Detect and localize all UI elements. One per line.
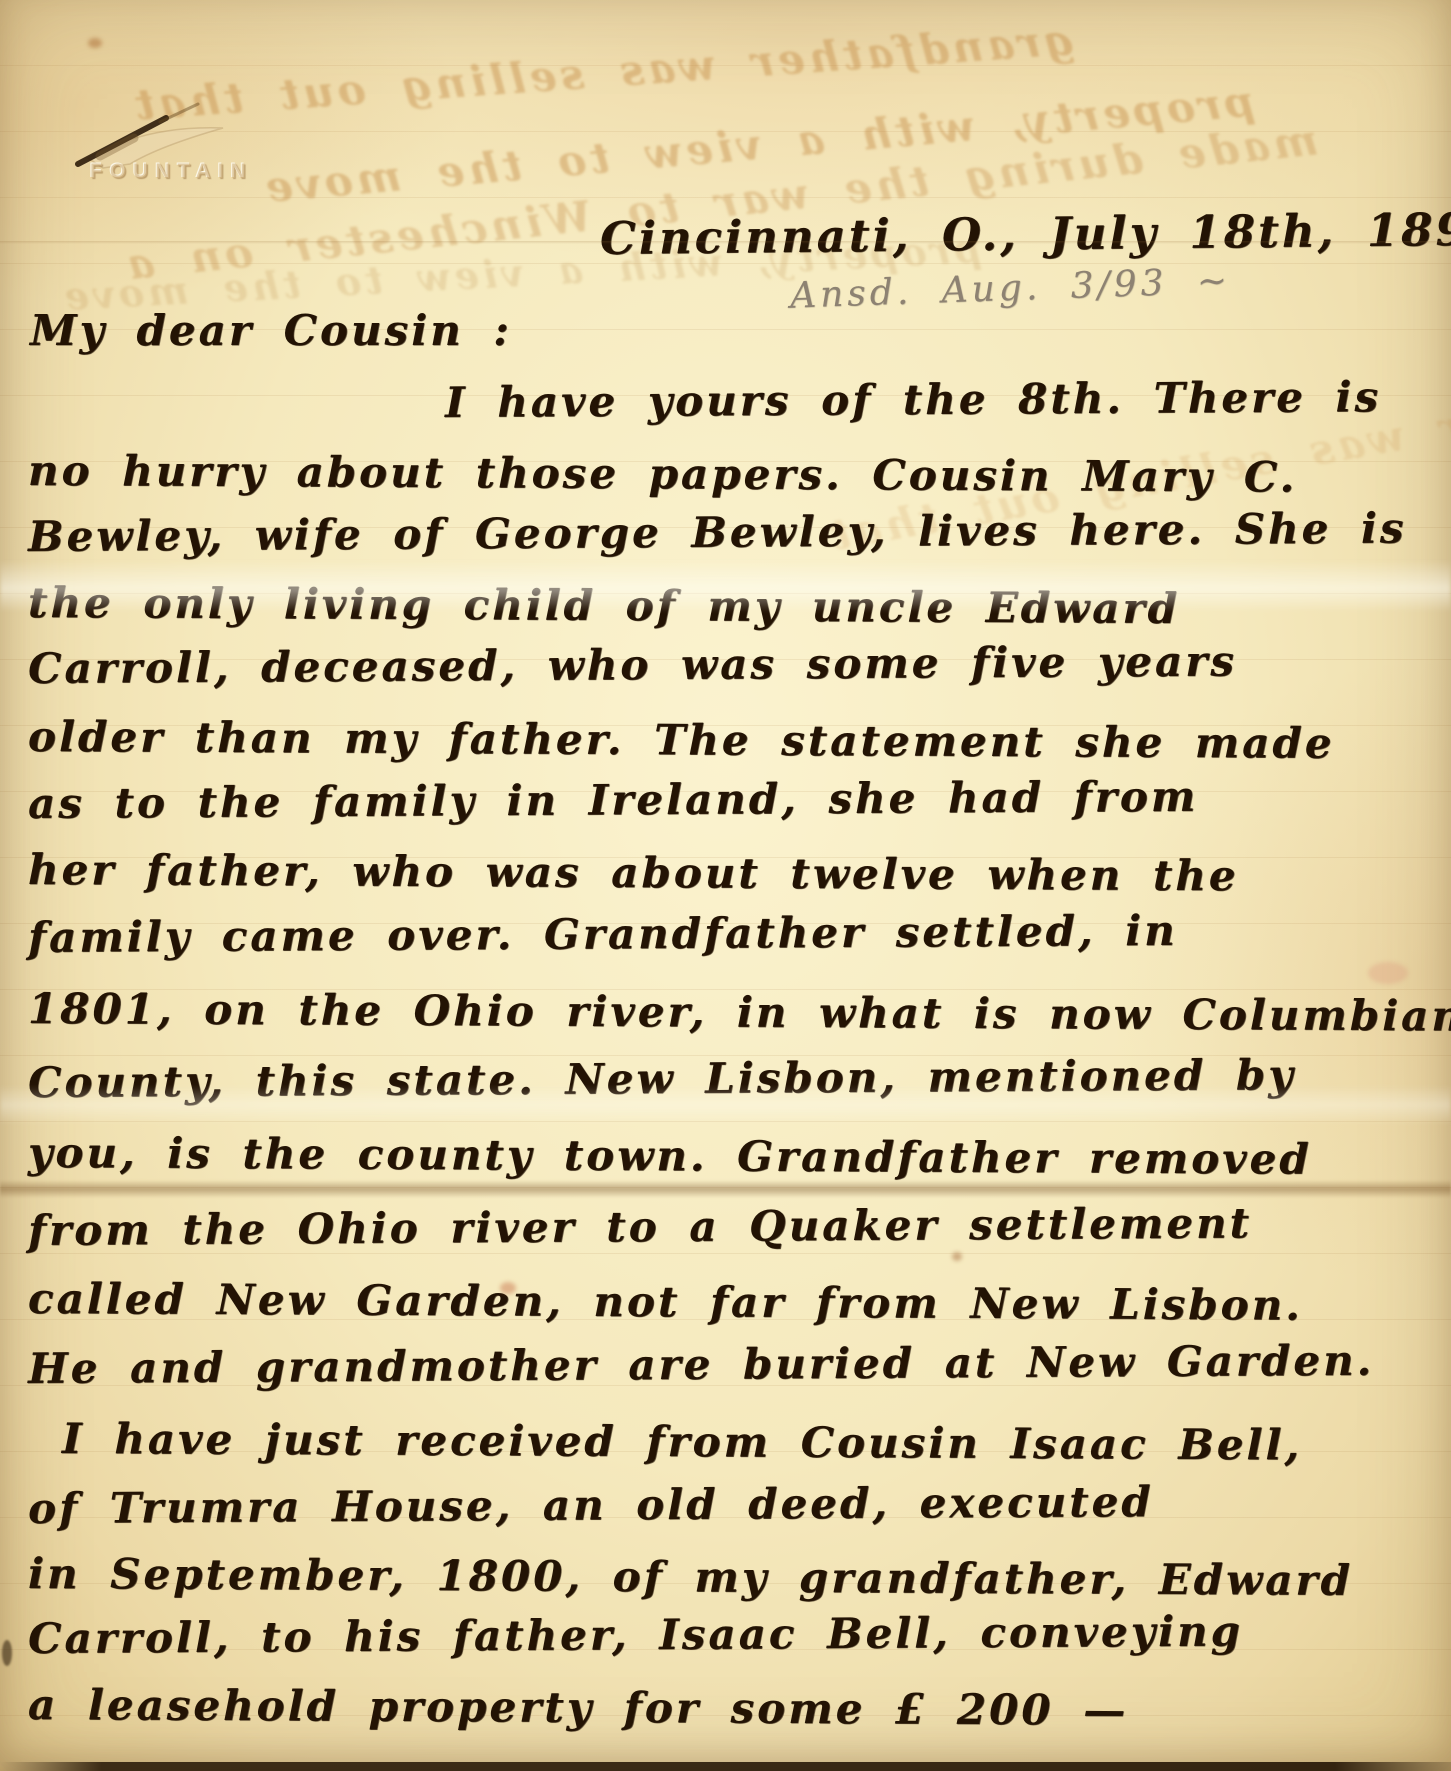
foxing-spot <box>88 38 102 48</box>
dateline: Cincinnati, O., July 18th, 1893. <box>600 202 1451 265</box>
handwritten-line: called New Garden, not far from New Lisb… <box>28 1278 1303 1327</box>
foxing-spot <box>952 1252 962 1261</box>
scan-edge-mark <box>2 1640 12 1666</box>
handwritten-line: family came over. Grandfather settled, i… <box>28 910 1178 959</box>
handwritten-line: her father, who was about twelve when th… <box>28 849 1239 897</box>
handwritten-line: in September, 1800, of my grandfather, E… <box>28 1553 1353 1602</box>
handwritten-line: I have just received from Cousin Isaac B… <box>62 1418 1302 1466</box>
paper-glare-band <box>0 1085 1451 1125</box>
handwritten-line: Carroll, to his father, Isaac Bell, conv… <box>28 1611 1243 1660</box>
foxing-spot <box>1368 962 1408 984</box>
handwritten-line: you, is the county town. Grandfather rem… <box>28 1132 1312 1181</box>
handwritten-line: He and grandmother are buried at New Gar… <box>28 1340 1374 1390</box>
fountain-embossed-stamp: FOUNTAIN <box>48 92 288 202</box>
handwritten-line: I have yours of the 8th. There is <box>445 376 1381 424</box>
foxing-spot <box>500 1282 516 1294</box>
pen-in-hand-icon <box>48 92 288 202</box>
handwritten-line: from the Ohio river to a Quaker settleme… <box>28 1203 1252 1252</box>
stamp-brand-text: FOUNTAIN <box>90 160 253 184</box>
fold-crease-faint <box>0 241 1451 244</box>
paper-glare-band <box>0 560 1451 612</box>
handwritten-line: Carroll, deceased, who was some five yea… <box>28 641 1237 690</box>
handwritten-line: a leasehold property for some £ 200 — <box>28 1684 1128 1732</box>
handwritten-line: Bewley, wife of George Bewley, lives her… <box>28 508 1407 558</box>
handwritten-line: of Trumra House, an old deed, executed <box>28 1481 1154 1530</box>
letter-page: grandfather was selling out that propert… <box>0 0 1451 1771</box>
salutation: My dear Cousin : <box>30 306 512 355</box>
fold-crease-dark <box>0 1180 1451 1198</box>
handwritten-line: as to the family in Ireland, she had fro… <box>28 776 1199 825</box>
handwritten-line: older than my father. The statement she … <box>28 716 1335 765</box>
handwritten-line: no hurry about those papers. Cousin Mary… <box>28 450 1297 499</box>
scan-bottom-edge <box>0 1762 1451 1771</box>
handwritten-line: 1801, on the Ohio river, in what is now … <box>28 988 1451 1038</box>
